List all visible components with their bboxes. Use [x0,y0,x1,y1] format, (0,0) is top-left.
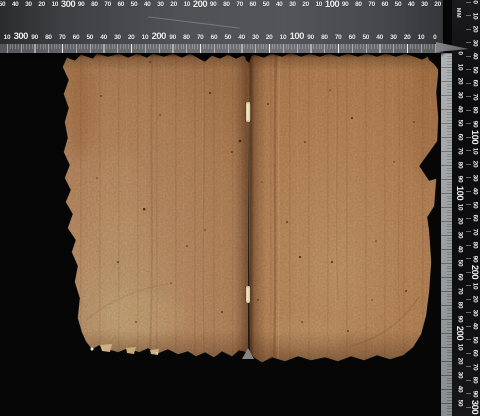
book-spread [0,0,480,416]
ruler-number: 30 [289,2,296,9]
ruler-number: 50 [86,35,93,42]
binding-thread-top [245,102,250,122]
ruler-number: 50 [224,35,231,42]
ruler-number: 70 [197,35,204,42]
ruler-number: 80 [355,2,362,9]
ruler-number: 80 [223,2,230,9]
ruler-number: 40 [12,2,19,9]
ruler-number: 90 [307,35,314,42]
ruler-number: 70 [104,2,111,9]
top-ruler-tick-strip [0,44,440,53]
ruler-number: 70 [335,35,342,42]
ruler-number: 40 [100,35,107,42]
ruler-number: 40 [144,2,151,9]
ruler-number: 100 [290,32,304,42]
ruler-number: 60 [73,35,80,42]
ruler-number: 30 [25,2,32,9]
ruler-number: 60 [381,2,388,9]
ruler-number: 40 [376,35,383,42]
ruler-number: 60 [349,35,356,42]
ruler-number: 0 [433,35,436,42]
photo-stage: 5040302010300908070605040302010200908070… [0,0,480,416]
ruler-number: 90 [342,2,349,9]
ruler-number: 50 [395,2,402,9]
top-ruler-horizontal: 5040302010300908070605040302010200908070… [0,0,443,53]
ruler-number: 10 [183,2,190,9]
ruler-number: 60 [117,2,124,9]
ruler-number: 70 [368,2,375,9]
ruler-number: 20 [404,35,411,42]
ruler-number: 40 [238,35,245,42]
ruler-number: 20 [302,2,309,9]
ruler-number: 300 [61,0,75,10]
ruler-number: 10 [4,35,11,42]
ruler-scratch [148,16,239,28]
ruler-number: 90 [169,35,176,42]
ruler-number: 20 [266,35,273,42]
ruler-number: 50 [263,2,270,9]
ruler-number: 80 [183,35,190,42]
ruler-number: 200 [193,0,207,10]
ruler-number: 30 [114,35,121,42]
ruler-number: 80 [45,35,52,42]
ruler-number: 60 [249,2,256,9]
binding-thread-bottom [245,286,250,303]
ruler-number: 60 [211,35,218,42]
ruler-number: 10 [280,35,287,42]
ruler-number: 40 [276,2,283,9]
ruler-number: 70 [236,2,243,9]
ruler-number: 70 [59,35,66,42]
ruler-number: 90 [31,35,38,42]
ruler-number: 80 [91,2,98,9]
ruler-number: 10 [142,35,149,42]
ruler-number: 80 [321,35,328,42]
paper-texture [55,48,445,370]
ruler-number: 10 [51,2,58,9]
ruler-number: 300 [14,32,28,42]
ruler-number: 90 [78,2,85,9]
ruler-number: 50 [362,35,369,42]
ruler-number: 30 [157,2,164,9]
ruler-number: 30 [421,2,428,9]
ruler-number: 40 [408,2,415,9]
ruler-number: 30 [390,35,397,42]
ruler-number: 20 [128,35,135,42]
ruler-number: 20 [38,2,45,9]
ruler-number: 200 [152,32,166,42]
ruler-number: 90 [210,2,217,9]
ruler-number: 10 [418,35,425,42]
ruler-number: 30 [252,35,259,42]
ruler-number: 20 [434,2,441,9]
ruler-number: 100 [325,0,339,10]
ruler-number: 20 [170,2,177,9]
ruler-number: 50 [131,2,138,9]
ruler-number: 10 [315,2,322,9]
ruler-number: 50 [0,2,5,9]
